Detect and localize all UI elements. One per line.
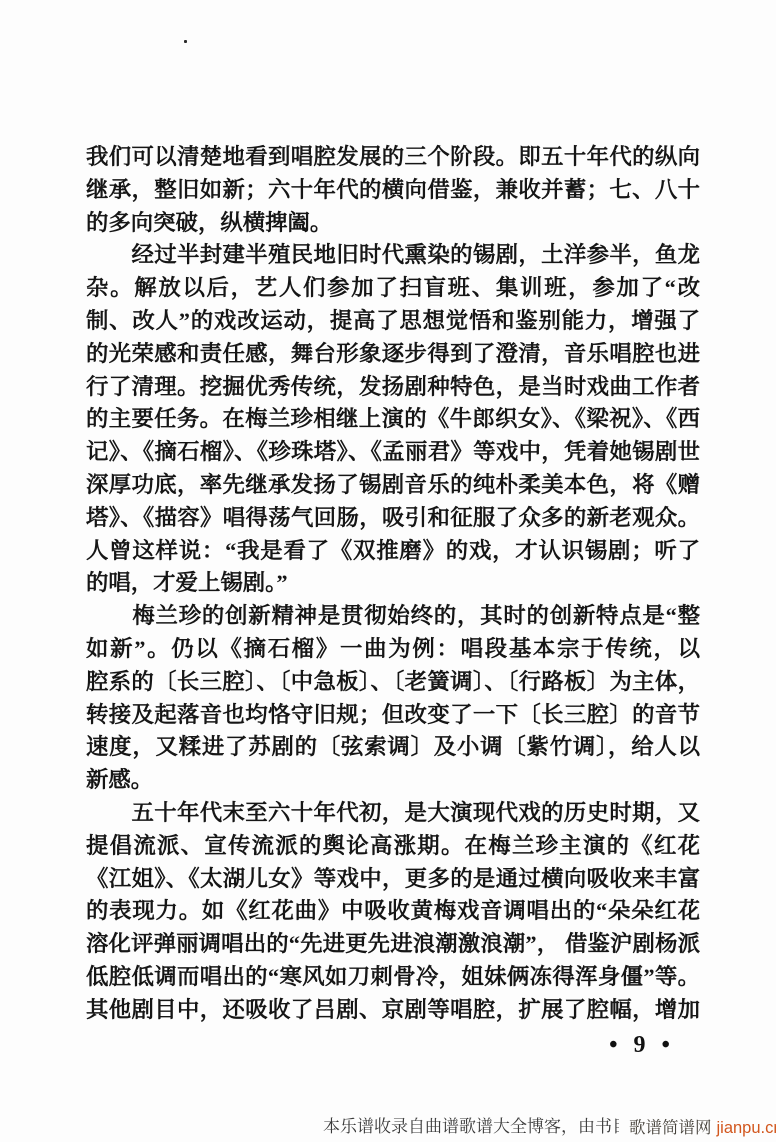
scan-artifact-dot	[184, 40, 187, 43]
text-line: 转接及起落音也均恪守旧规；但改变了一下〔长三腔〕的音节与	[86, 699, 700, 732]
text-line: 低腔低调而唱出的“寒风如刀刺骨冷，姐妹俩冻得浑身僵”等。在	[86, 961, 700, 994]
text-line: 的多向突破，纵横捭阖。	[86, 207, 700, 240]
text-line: 塔》、《描容》唱得荡气回肠，吸引和征服了众多的新老观众。有	[86, 502, 700, 535]
text-line: 梅兰珍的创新精神是贯彻始终的，其时的创新特点是“整旧	[86, 600, 700, 633]
text-line: 其他剧目中，还吸收了吕剧、京剧等唱腔，扩展了腔幅，增加了节	[86, 994, 700, 1027]
text-line: 的光荣感和责任感，舞台形象逐步得到了澄清，音乐唱腔也进	[86, 338, 700, 371]
text-line: 速度，又糅进了苏剧的〔弦索调〕及小调〔紫竹调〕，给人以一种清	[86, 731, 700, 764]
scanned-book-page: 我们可以清楚地看到唱腔发展的三个阶段。即五十年代的纵向继承，整旧如新；六十年代的…	[0, 0, 776, 1142]
text-line: 如新”。仍以《摘石榴》一曲为例：唱段基本宗于传统，以〔簧调〕	[86, 633, 700, 666]
text-line: 记》、《摘石榴》、《珍珠塔》、《孟丽君》等戏中，凭着她锡剧世家的	[86, 436, 700, 469]
clipped-character: 目	[612, 1112, 619, 1137]
site-watermark: 歌谱简谱网jianpu.cn	[629, 1114, 776, 1138]
text-line: 五十年代末至六十年代初，是大演现代戏的历史时期，又是	[86, 797, 700, 830]
footer-attribution-text: 本乐谱收录自曲谱歌谱大全博客，由书	[323, 1117, 612, 1136]
text-line: 深厚功底，率先继承发扬了锡剧音乐的纯朴柔美本色，将《赠	[86, 469, 700, 502]
text-line: 经过半封建半殖民地旧时代熏染的锡剧，土洋参半，鱼龙混	[86, 239, 700, 272]
text-line: 溶化评弹丽调唱出的“先进更先进浪潮激浪潮”， 借鉴沪剧杨派	[86, 928, 700, 961]
page-number-text: • 9 •	[609, 1032, 675, 1058]
text-line: 提倡流派、宣传流派的舆论高涨期。在梅兰珍主演的《红花曲》、	[86, 830, 700, 863]
text-line: 《江姐》、《太湖儿女》等戏中，更多的是通过横向吸收来丰富唱腔	[86, 863, 700, 896]
text-line: 的主要任务。在梅兰珍相继上演的《牛郎织女》、《梁祝》、《西厢	[86, 403, 700, 436]
text-line: 继承，整旧如新；六十年代的横向借鉴，兼收并蓄；七、八十年代	[86, 174, 700, 207]
site-name: 歌谱简谱网	[629, 1119, 712, 1137]
text-line: 制、改人”的戏改运动，提高了思想觉悟和鉴别能力，增强了从艺	[86, 305, 700, 338]
text-line: 新感。	[86, 764, 700, 797]
page-number: • 9 •	[596, 1032, 688, 1059]
text-line: 的表现力。如《红花曲》中吸收黄梅戏音调唱出的“朵朵红花呀”，	[86, 895, 700, 928]
text-line: 我们可以清楚地看到唱腔发展的三个阶段。即五十年代的纵向	[86, 141, 700, 174]
text-line: 的唱，才爱上锡剧。”	[86, 567, 700, 600]
body-text: 我们可以清楚地看到唱腔发展的三个阶段。即五十年代的纵向继承，整旧如新；六十年代的…	[86, 141, 700, 1027]
text-line: 杂。解放以后，艺人们参加了扫盲班、集训班，参加了“改戏、改	[86, 272, 700, 305]
footer-attribution: 本乐谱收录自曲谱歌谱大全博客，由书目	[323, 1112, 619, 1137]
text-line: 行了清理。挖掘优秀传统，发扬剧种特色，是当时戏曲工作者	[86, 371, 700, 404]
text-line: 腔系的〔长三腔〕、〔中急板〕、〔老簧调〕、〔行路板〕为主体，各调的	[86, 666, 700, 699]
text-line: 人曾这样说：“我是看了《双推磨》的戏，才认识锡剧；听了梅兰珍	[86, 535, 700, 568]
site-url: jianpu.cn	[717, 1119, 776, 1137]
